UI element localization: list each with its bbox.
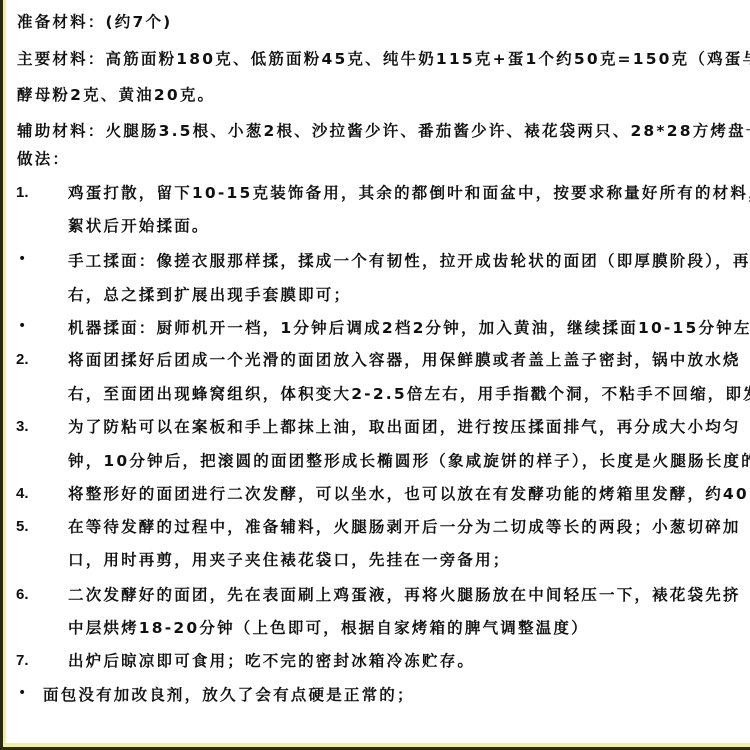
left-border-stripe	[3, 0, 6, 745]
step-3-line-2: 钟，10分钟后，把滚圆的面团整形成长椭圆形（象咸旋饼的样子），长度是火腿肠长度的	[68, 451, 750, 471]
recipe-document: 准备材料：(约7个) 主要材料：高筋面粉180克、低筋面粉45克、纯牛奶115克…	[0, 0, 750, 750]
step-7-line-1: 出炉后晾凉即可食用；吃不完的密封冰箱冷冻贮存。	[68, 651, 475, 671]
method-heading: 做法：	[17, 149, 70, 169]
materials-heading: 准备材料：(约7个)	[17, 12, 172, 32]
aux-ingredients: 辅助材料：火腿肠3.5根、小葱2根、沙拉酱少许、番茄酱少许、裱花袋两只、28*2…	[17, 121, 750, 141]
step-number: 5.	[16, 518, 29, 535]
step-1-line-1: 鸡蛋打散，留下10-15克装饰备用，其余的都倒叶和面盆中，按要求称量好所有的材料…	[68, 183, 750, 203]
step-6-line-2: 中层烘烤18-20分钟（上色即可，根据自家烤箱的脾气调整温度）	[68, 618, 589, 638]
step-4-line-1: 将整形好的面团进行二次发酵，可以坐水，也可以放在有发酵功能的烤箱里发酵，约40	[68, 484, 749, 504]
manual-knead-line-1: 手工揉面：像搓衣服那样揉，揉成一个有韧性，拉开成齿轮状的面团（即厚膜阶段），再	[68, 251, 750, 271]
bullet-marker: •	[18, 251, 26, 267]
step-1-line-2: 絮状后开始揉面。	[68, 216, 210, 236]
step-2-line-2: 右，至面团出现蜂窝组织，体积变大2-2.5倍左右，用手指戳个洞，不粘手不回缩，即…	[68, 384, 750, 404]
bullet-marker: •	[18, 685, 26, 701]
bullet-marker: •	[18, 318, 26, 334]
step-3-line-1: 为了防粘可以在案板和手上都抹上油，取出面团，进行按压揉面排气，再分成大小均匀	[68, 417, 741, 437]
step-6-line-1: 二次发酵好的面团，先在表面刷上鸡蛋液，再将火腿肠放在中间轻压一下，裱花袋先挤	[68, 585, 741, 605]
step-number: 3.	[16, 418, 29, 435]
step-5-line-2: 口，用时再剪，用夹子夹住裱花袋口，先挂在一旁备用；	[68, 550, 511, 570]
bottom-border-stripe	[3, 743, 750, 747]
step-number: 1.	[16, 184, 29, 201]
step-5-line-1: 在等待发酵的过程中，准备辅料，火腿肠剥开后一分为二切成等长的两段；小葱切碎加	[68, 517, 741, 537]
step-2-line-1: 将面团揉好后团成一个光滑的面团放入容器，用保鲜膜或者盖上盖子密封，锅中放水烧	[68, 350, 741, 370]
step-number: 4.	[16, 485, 29, 502]
main-ingredients-line-1: 主要材料：高筋面粉180克、低筋面粉45克、纯牛奶115克+蛋1个约50克=15…	[17, 49, 750, 69]
storage-note: 面包没有加改良剂，放久了会有点硬是正常的；	[43, 685, 415, 705]
main-ingredients-line-2: 酵母粉2克、黄油20克。	[17, 85, 215, 105]
step-number: 7.	[16, 652, 29, 669]
machine-knead-line-1: 机器揉面：厨师机开一档，1分钟后调成2档2分钟，加入黄油，继续揉面10-15分钟…	[68, 318, 750, 338]
step-number: 6.	[16, 586, 29, 603]
step-number: 2.	[16, 351, 29, 368]
manual-knead-line-2: 右，总之揉到扩展出现手套膜即可；	[68, 285, 351, 305]
